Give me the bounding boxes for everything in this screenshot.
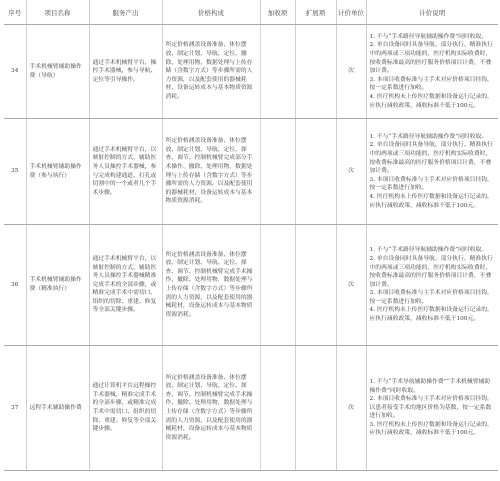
cell-addon [260,225,295,346]
desc-line: 2. 本项目收费标准与主手术对应价格项目挂钩，以患者接受手术的地区价格为基数，按… [370,395,496,421]
desc-line: 2. 单台设备同时具备导航、部分执行、精准执行中的两项或三项功能的，医疗机构实际… [370,255,496,289]
cell-desc: 1. 不与“手术路径导航辅助操作费”同时收取。 2. 单台设备同时具备导航、部分… [366,225,498,346]
table-row: 37 远程手术辅助操作费 通过计算机平台远程操控手术器械，精准完成手术的全部步骤… [4,346,498,471]
desc-line: 1. 不与“手术路径导航辅助操作费”同时收取。 [370,33,496,42]
cell-name: 远程手术辅助操作费 [26,346,89,471]
cell-seq: 37 [4,346,26,471]
cell-desc: 1. 不与“手术路径导航辅助操作费”同时收取。 2. 单台设备同时具备导航、部分… [366,119,498,225]
cell-seq: 34 [4,25,26,119]
cell-seq: 35 [4,119,26,225]
desc-line: 1. 不与“手术路径导航辅助操作费”同时收取。 [370,246,496,255]
header-output: 服务产出 [89,0,162,25]
cell-unit: 次 [336,225,366,346]
cell-extension [295,346,336,471]
cell-price: 所定价格涵盖设备准备、体位摆放、制定计划、导航、定位、探查、调节、控制机械臂完成… [162,225,260,346]
cell-output: 通过手术机械臂平台，操控手术器械，参与导航、定位等引导操作。 [89,25,162,119]
page: 序号 项目名称 服务产出 价格构成 加收项 扩展项 计价单位 计价说明 34 手… [0,0,500,481]
cell-output: 通过计算机平台远程操控手术器械，精准完成手术的全部步骤，或精准完成手术中需切口、… [89,346,162,471]
cell-extension [295,225,336,346]
header-extension: 扩展项 [295,0,336,25]
desc-line: 2. 单台设备同时具备导航、部分执行、精准执行中的两项或三项功能的，医疗机构实际… [370,141,496,175]
header-unit: 计价单位 [336,0,366,25]
desc-line: 4. 医疗机构未上传医疗数据和设备运行记录的，应执行减收政策，减收标准不低于10… [370,306,496,323]
table-row: 36 手术机械臂辅助操作费（精准执行） 通过手术机械臂平台，以映射控制的方式，辅… [4,225,498,346]
cell-unit: 次 [336,119,366,225]
table-row: 35 手术机械臂辅助操作费（参与执行） 通过手术机械臂平台，以映射控制的方式，辅… [4,119,498,225]
cell-output: 通过手术机械臂平台，以映射控制的方式，辅助医务人员操控手术器械精准完成手术的全部… [89,225,162,346]
desc-line: 4. 医疗机构未上传医疗数据和设备运行记录的，应执行减收政策，减收标准不低于10… [370,193,496,210]
cell-addon [260,346,295,471]
cell-name: 手术机械臂辅助操作费（精准执行） [26,225,89,346]
cell-output: 通过手术机械臂平台，以映射控制的方式，辅助医务人员操控手术器械，参与完成构建通道… [89,119,162,225]
header-name: 项目名称 [26,0,89,25]
cell-unit: 次 [336,25,366,119]
desc-line: 3. 本项目收费标准与主手术对应价格项目挂钩，按一定系数进行加收。 [370,176,496,193]
header-seq: 序号 [4,0,26,25]
price-items-table: 序号 项目名称 服务产出 价格构成 加收项 扩展项 计价单位 计价说明 34 手… [4,0,498,471]
desc-line: 4. 医疗机构未上传医疗数据和设备运行记录的，应执行减收政策，减收标准不低于10… [370,93,496,110]
cell-extension [295,25,336,119]
table-row: 34 手术机械臂辅助操作费（导航） 通过手术机械臂平台，操控手术器械，参与导航、… [4,25,498,119]
desc-line: 2. 单台设备同时具备导航、部分执行、精准执行中的两项或三项功能的，医疗机构实际… [370,41,496,75]
cell-name: 手术机械臂辅助操作费（导航） [26,25,89,119]
cell-desc: 1. 不与“手术导航辅助操作费”“手术机械臂辅助操作费”同时收取。 2. 本项目… [366,346,498,471]
header-row: 序号 项目名称 服务产出 价格构成 加收项 扩展项 计价单位 计价说明 [4,0,498,25]
cell-extension [295,119,336,225]
cell-price: 所定价格涵盖设备准备、体位摆放、制定计划、导航、定位、探查、调节、控制机械臂完成… [162,119,260,225]
cell-desc: 1. 不与“手术路径导航辅助操作费”同时收取。 2. 单台设备同时具备导航、部分… [366,25,498,119]
cell-addon [260,25,295,119]
desc-line: 3. 医疗机构未上传医疗数据和设备运行记录的，应执行减收政策，减收标准不低于10… [370,421,496,438]
header-desc: 计价说明 [366,0,498,25]
cell-seq: 36 [4,225,26,346]
desc-line: 1. 不与“手术路径导航辅助操作费”同时收取。 [370,133,496,142]
cell-addon [260,119,295,225]
desc-line: 3. 本项目收费标准与主手术对应价格项目挂钩，按一定系数进行加收。 [370,76,496,93]
header-price: 价格构成 [162,0,260,25]
cell-price: 所定价格涵盖设备准备、体位摆放、制定计划、导航、定位、撤除、处理用物，数据处理与… [162,25,260,119]
header-addon: 加收项 [260,0,295,25]
cell-name: 手术机械臂辅助操作费（参与执行） [26,119,89,225]
cell-price: 所定价格涵盖设备准备、体位摆放、制定计划、导航、定位、探查、调节、控制机械臂完成… [162,346,260,471]
desc-line: 3. 本项目收费标准与主手术对应价格项目挂钩，按一定系数进行加收。 [370,289,496,306]
desc-line: 1. 不与“手术导航辅助操作费”“手术机械臂辅助操作费”同时收取。 [370,378,496,395]
cell-unit: 次 [336,346,366,471]
